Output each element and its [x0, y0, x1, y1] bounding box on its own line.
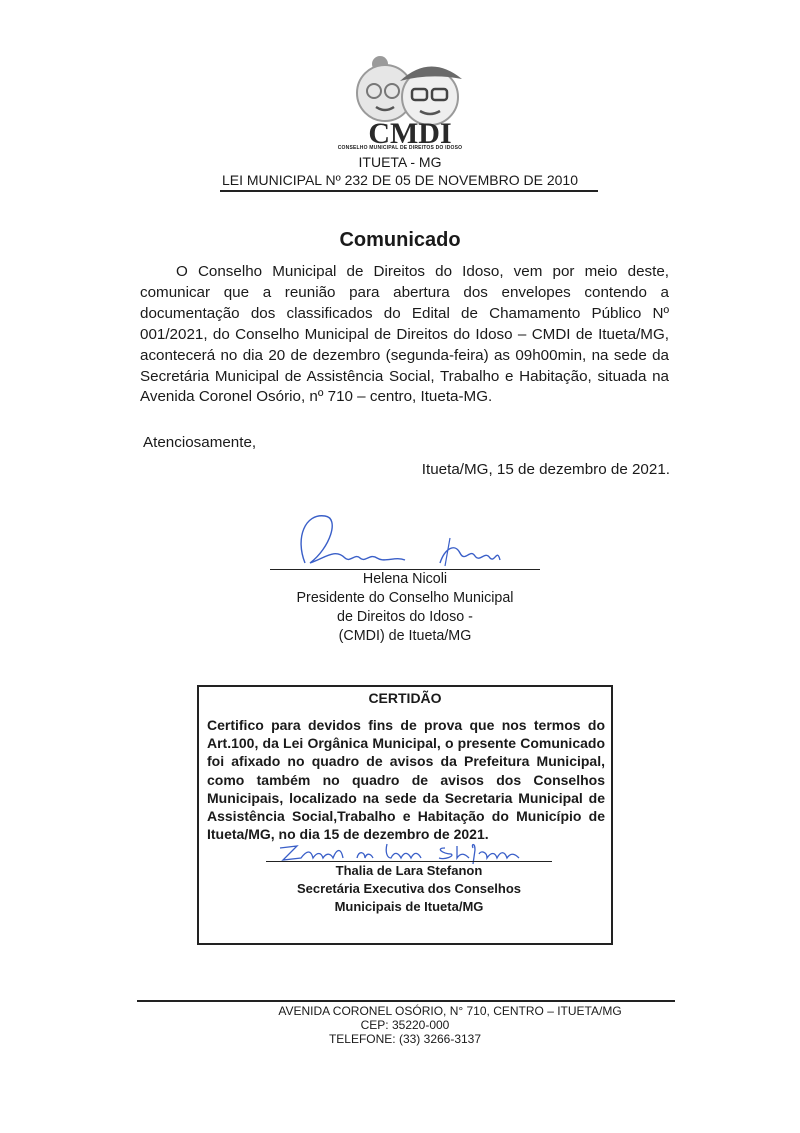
certidao-signatory-role-line: Municipais de Itueta/MG: [266, 898, 552, 916]
elderly-couple-icon: CMDI: [330, 55, 490, 155]
date-line: Itueta/MG, 15 de dezembro de 2021.: [300, 461, 670, 478]
certidao-signatory-role-line: Secretária Executiva dos Conselhos: [266, 880, 552, 898]
document-body-text: O Conselho Municipal de Direitos do Idos…: [140, 263, 669, 405]
signatory-role-line: de Direitos do Idoso -: [270, 608, 540, 627]
footer-cep: CEP: 35220-000: [240, 1018, 570, 1032]
footer-address: AVENIDA CORONEL OSÓRIO, N° 710, CENTRO –…: [240, 1004, 660, 1018]
certidao-text: Certifico para devidos fins de prova que…: [207, 716, 605, 843]
footer-phone: TELEFONE: (33) 3266-3137: [240, 1032, 570, 1046]
signatory-role-line: Presidente do Conselho Municipal: [270, 589, 540, 608]
logo-subtitle: CONSELHO MUNICIPAL DE DIREITOS DO IDOSO: [300, 145, 500, 151]
certidao-signatory-name: Thalia de Lara Stefanon: [266, 862, 552, 880]
document-body: O Conselho Municipal de Direitos do Idos…: [140, 262, 669, 408]
header-law: LEI MUNICIPAL Nº 232 DE 05 DE NOVEMBRO D…: [0, 172, 800, 188]
signature-helena: [285, 508, 515, 572]
closing: Atenciosamente,: [143, 434, 256, 451]
signatory-role-line: (CMDI) de Itueta/MG: [270, 627, 540, 646]
certidao-signatory-block: Thalia de Lara Stefanon Secretária Execu…: [266, 862, 552, 916]
cmdi-logo: CMDI: [330, 55, 490, 155]
certidao-title: CERTIDÃO: [197, 690, 613, 706]
header-city: ITUETA - MG: [0, 154, 800, 170]
signatory-block: Helena Nicoli Presidente do Conselho Mun…: [270, 570, 540, 646]
document-title: Comunicado: [0, 229, 800, 252]
signatory-name: Helena Nicoli: [270, 570, 540, 589]
footer-divider: [137, 1000, 675, 1002]
header-divider: [220, 190, 598, 192]
